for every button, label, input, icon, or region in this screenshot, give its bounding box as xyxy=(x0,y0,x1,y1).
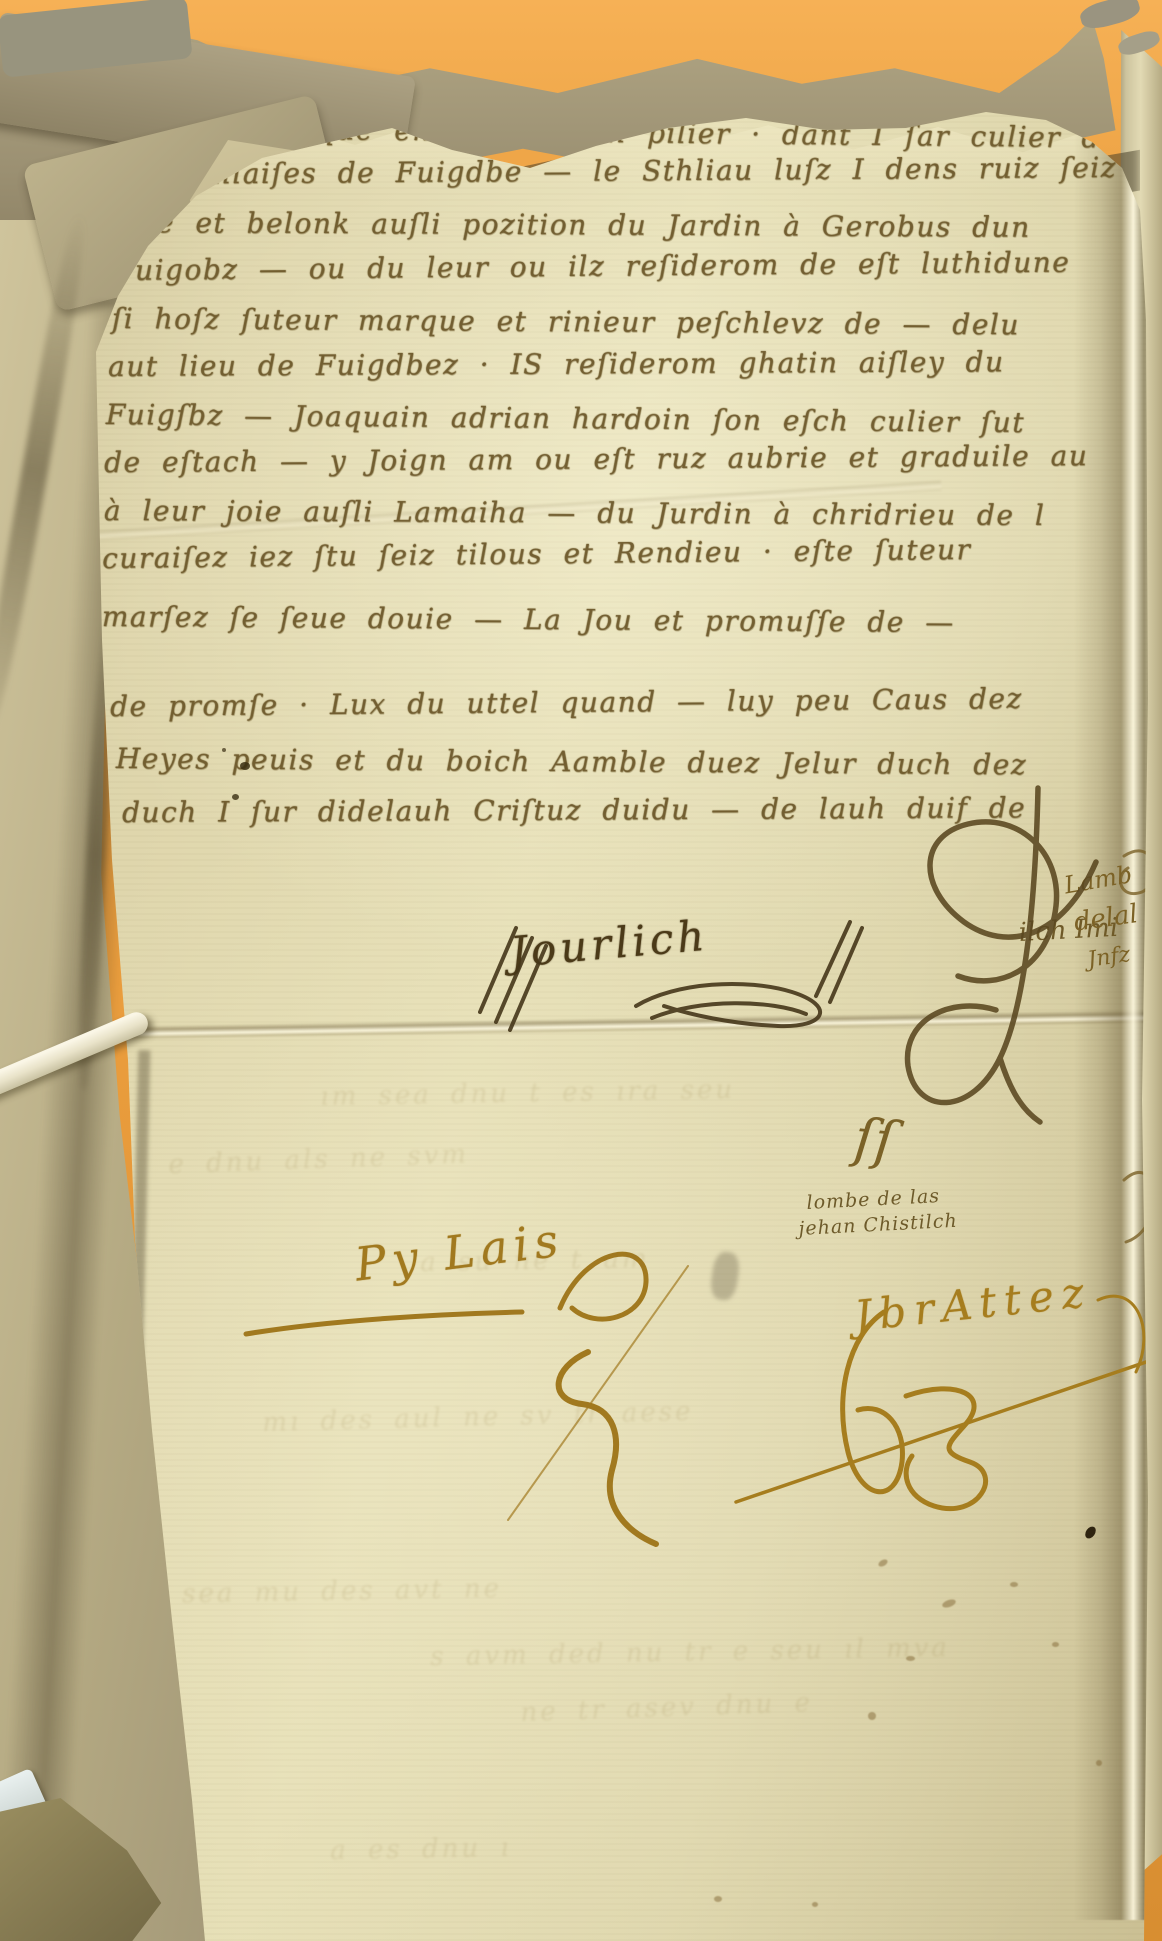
grey-smudge xyxy=(709,1250,741,1301)
speck xyxy=(941,1598,957,1609)
speck xyxy=(812,1902,818,1907)
manuscript-line: à leur joie auſli Lamaiha — du Jurdin à … xyxy=(104,494,1046,532)
page-right-fold xyxy=(1074,120,1150,1920)
speck xyxy=(877,1558,889,1568)
bleedthrough-text: a es dnu ı xyxy=(330,1833,512,1866)
manuscript-line: Fuigſbz — Joaquain adrian hardoin ſon eſ… xyxy=(106,398,1025,439)
manuscript-line: de eſtach — y Joign am ou eſt ruz aubrie… xyxy=(104,439,1088,479)
manuscript-line: joie et belonk auſli pozition du Jardin … xyxy=(118,206,1031,244)
manuscript-line: Heyes peuis et du boich Aamble duez Jelu… xyxy=(116,742,1027,781)
ink-blot xyxy=(240,762,250,770)
manuscript-line: marſez ſe ſeue douie — La Jou et promuſſ… xyxy=(102,600,955,639)
speck xyxy=(906,1656,915,1661)
speck xyxy=(1096,1760,1102,1766)
speck xyxy=(714,1896,722,1902)
signature-lombe-line1: lombe de las xyxy=(806,1185,941,1214)
manuscript-line: ſi hoſz ſuteur marque et rinieur peſchle… xyxy=(112,302,1020,341)
manuscript-line: curaiſez iez ſtu ſeiz tilous et Rendieu … xyxy=(102,533,972,575)
speck xyxy=(1010,1582,1018,1587)
manuscript-line: Fuigobz — ou du leur ou ilz reſiderom de… xyxy=(114,246,1071,287)
bleedthrough-text: s avm ded nu tr e seu ıl mva xyxy=(430,1633,950,1672)
manuscript-line: duch I ſur didelauh Criſtuz duidu — de l… xyxy=(122,791,1026,829)
bleedthrough-text: a su ne t am xyxy=(420,1244,650,1278)
signature-lombe-line2: jehan Chistilch xyxy=(798,1210,958,1240)
speck xyxy=(1052,1642,1059,1647)
paraph-monogram-flourish xyxy=(907,788,1096,1122)
photo-canvas: nduit que en luy P dom pilier · dant I ſ… xyxy=(0,0,1162,1941)
signature-jourlich: Jourlich xyxy=(508,911,710,977)
ink-blot xyxy=(222,748,226,752)
speck xyxy=(868,1712,876,1720)
signature-jbo: JbrAttez xyxy=(852,1267,1094,1341)
bleedthrough-text: ıl sea mu des avt ne xyxy=(140,1574,502,1610)
manuscript-line: de promſe · Lux du uttel quand — luy peu… xyxy=(110,682,1023,723)
signature-ff-paraph: ſſ xyxy=(851,1106,897,1173)
bleedthrough-text: e dnu als ne svm xyxy=(168,1140,469,1180)
manuscript-line: aut lieu de Fuigdbez · IS reſiderom ghat… xyxy=(108,345,1005,383)
bleedthrough-text: mı des aul ne sv tr aese xyxy=(262,1397,694,1438)
bleedthrough-text: ne tr asev dnu e xyxy=(520,1688,813,1728)
bleedthrough-text: ım sea dnu t es ıra seu xyxy=(320,1075,735,1112)
crease-horizontal xyxy=(86,1010,1150,1041)
ink-blot xyxy=(232,794,239,800)
